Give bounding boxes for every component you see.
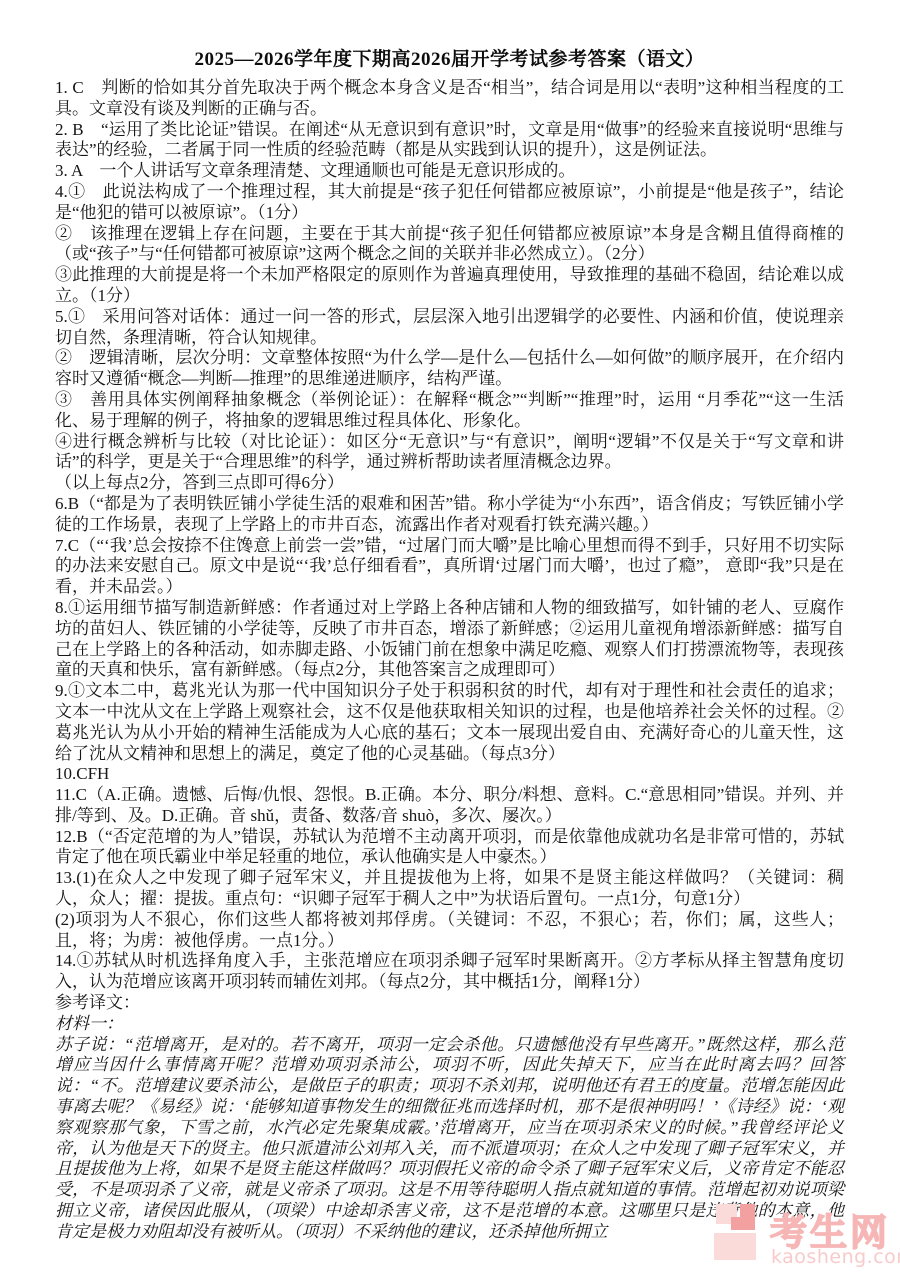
paragraph: ③ 善用具体实例阐释抽象概念（举例论证）：在解释“概念”“判断”“推理”时，运用… xyxy=(55,390,844,432)
paragraph: （以上每点2分，答到三点即可得6分） xyxy=(55,473,844,494)
kaosheng-logo-icon xyxy=(714,1204,762,1266)
paragraph: 10.CFH xyxy=(55,764,844,785)
answer-sheet-page: 2025—2026学年度下期高2026届开学考试参考答案（语文） 1. C 判断… xyxy=(0,0,900,1273)
paragraph: ② 该推理在逻辑上存在问题，主要在于其大前提“孩子犯任何错都应被原谅”本身是含糊… xyxy=(55,224,844,266)
page-title: 2025—2026学年度下期高2026届开学考试参考答案（语文） xyxy=(55,44,844,71)
paragraph: ④进行概念辨析与比较（对比论证）：如区分“无意识”与“有意识”，阐明“逻辑”不仅… xyxy=(55,432,844,474)
paragraph: 11.C（A.正确。遗憾、后悔/仇恨、怨恨。B.正确。本分、职分/料想、意料。C… xyxy=(55,785,844,827)
kaosheng-watermark: 考生网 kaosheng.com xyxy=(714,1204,900,1270)
paragraph: 3. A 一个人讲话写文章条理清楚、文理通顺也可能是无意识形成的。 xyxy=(55,161,844,182)
paragraph: 1. C 判断的恰如其分首先取决于两个概念本身含义是否“相当”，结合词是用以“表… xyxy=(55,78,844,120)
paragraph: ③此推理的大前提是将一个未加严格限定的原则作为普遍真理使用，导致推理的基础不稳固… xyxy=(55,265,844,307)
paragraph: 参考译文： xyxy=(55,993,844,1014)
paragraph: ② 逻辑清晰，层次分明：文章整体按照“为什么学—是什么—包括什么—如何做”的顺序… xyxy=(55,348,844,390)
document-text-area: 2025—2026学年度下期高2026届开学考试参考答案（语文） 1. C 判断… xyxy=(0,0,900,1243)
paragraph: (2)项羽为人不狠心，你们这些人都将被刘邦俘虏。（关键词：不忍，不狠心；若，你们… xyxy=(55,910,844,952)
paragraph: 12.B（“否定范增的为人”错误，苏轼认为范增不主动离开项羽，而是依靠他成就功名… xyxy=(55,827,844,869)
logo-block-light-bottom xyxy=(714,1233,756,1260)
paragraph: 8.①运用细节描写制造新鲜感：作者通过对上学路上各种店铺和人物的细致描写，如针铺… xyxy=(55,598,844,681)
paragraph: 5.① 采用问答对话体：通过一问一答的形式，层层深入地引出逻辑学的必要性、内涵和… xyxy=(55,307,844,349)
paragraph: 14.①苏轼从时机选择角度入手，主张范增应在项羽杀卿子冠军时果断离开。②方孝标从… xyxy=(55,951,844,993)
watermark-site-url: kaosheng.com xyxy=(771,1246,900,1268)
paragraph: 2. B “运用了类比论证”错误。在阐述“从无意识到有意识”时，文章是用“做事”… xyxy=(55,120,844,162)
paragraph: 6.B（“都是为了表明铁匠铺小学徒生活的艰难和困苦”错。称小学徒为“小东西”，语… xyxy=(55,494,844,536)
answer-content: 1. C 判断的恰如其分首先取决于两个概念本身含义是否“相当”，结合词是用以“表… xyxy=(55,78,844,1243)
paragraph: 4.① 此说法构成了一个推理过程，其大前提是“孩子犯任何错都应被原谅”，小前提是… xyxy=(55,182,844,224)
paragraph: 9.①文本二中，葛兆光认为那一代中国知识分子处于积弱积贫的时代，却有对于理性和社… xyxy=(55,681,844,764)
paragraph: 7.C（“‘我’总会按捺不住馋意上前尝一尝”错，“过屠门而大嚼”是比喻心里想而得… xyxy=(55,536,844,598)
paragraph: 材料一： xyxy=(55,1014,844,1035)
paragraph: 13.(1)在众人之中发现了卿子冠军宋义，并且提拔他为上将，如果不是贤主能这样做… xyxy=(55,868,844,910)
logo-block-dark-foot xyxy=(731,1217,743,1230)
